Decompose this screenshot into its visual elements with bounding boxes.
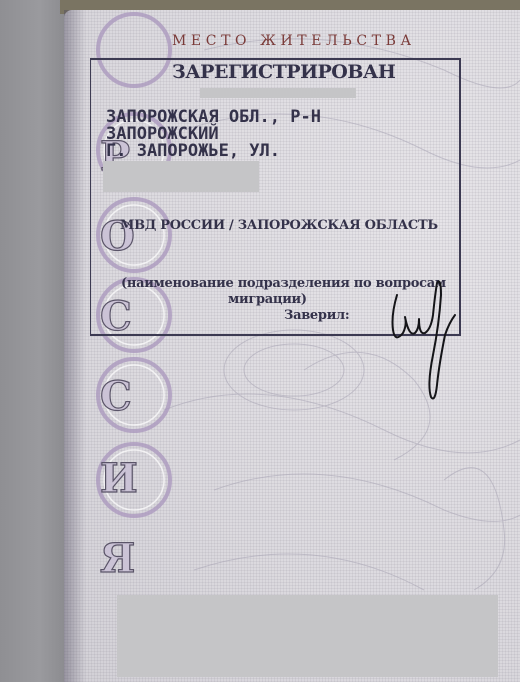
handwritten-signature [385, 275, 465, 415]
redacted-date [200, 88, 356, 98]
address-line-2: ЗАПОРОЖСКИЙ [106, 127, 219, 142]
page-heading: МЕСТО ЖИТЕЛЬСТВА [172, 33, 416, 49]
page-fold-shadow [64, 10, 86, 682]
stamp-title: ЗАРЕГИСТРИРОВАН [172, 61, 395, 83]
redacted-street [103, 161, 259, 192]
address-line-1: ЗАПОРОЖСКАЯ ОБЛ., Р-Н [106, 110, 321, 125]
department-caption-line-2: миграции) [228, 292, 307, 307]
certified-label: Заверил: [284, 308, 349, 323]
address-line-3: Г. ЗАПОРОЖЬЕ, УЛ. [106, 144, 280, 159]
watermark-letter: И [100, 455, 138, 502]
passport-cover [0, 0, 66, 682]
redacted-footer [117, 595, 498, 677]
watermark-letter: С [100, 373, 132, 420]
watermark-letter: Я [100, 535, 135, 582]
issuing-department: МВД РОССИИ / ЗАПОРОЖСКАЯ ОБЛАСТЬ [120, 218, 438, 233]
